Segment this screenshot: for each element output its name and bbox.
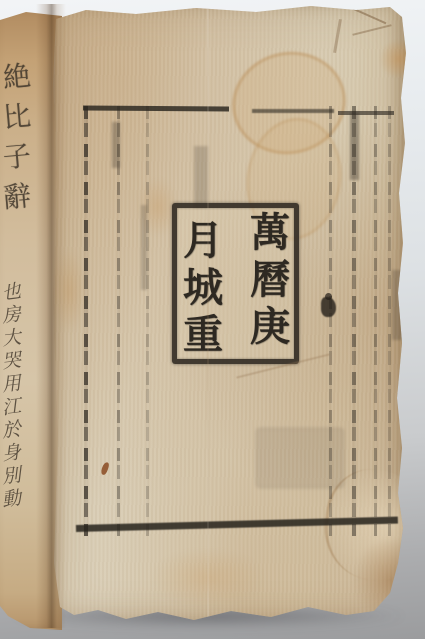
main-page: 萬 曆 庚 月 城 重: [46, 3, 408, 629]
title-column-left: 月 城 重: [183, 217, 223, 358]
frame-top-border-right-segment: [338, 111, 394, 115]
ink-blot: [321, 297, 336, 317]
title-char: 庚: [250, 303, 290, 350]
photo-background: 絶 比 子 辭 也 房 大 哭 用 江 於 身 別 動: [0, 0, 425, 639]
stain-top-right: [378, 40, 420, 78]
frame-right-border: [388, 106, 391, 536]
ink-blot-small: [325, 293, 332, 300]
title-char: 月: [183, 217, 223, 264]
handwritten-char: 辭: [1, 177, 40, 220]
column-line-left-inner-2: [146, 106, 149, 536]
handwritten-char: 子: [1, 137, 40, 180]
vertical-paper-crease: [207, 9, 209, 621]
title-char: 萬: [250, 209, 290, 256]
frame-left-border: [84, 106, 88, 536]
ink-smudge: [194, 146, 208, 208]
title-column-right: 萬 曆 庚: [250, 209, 290, 350]
ink-smudge: [112, 122, 120, 168]
column-line-right-inner-3: [374, 106, 377, 536]
column-line-left-inner-1: [117, 106, 120, 536]
title-char: 重: [183, 311, 223, 358]
handwritten-char: 比: [1, 97, 40, 140]
title-char: 曆: [250, 256, 290, 303]
spine-fold-shadow: [36, 4, 66, 628]
ink-smudge: [392, 270, 406, 340]
frame-top-border-middle-segment: [252, 109, 334, 113]
title-char: 城: [183, 264, 223, 311]
ink-smudge: [350, 112, 359, 180]
handwritten-char: 絶: [1, 57, 40, 100]
spine-handwriting-bottom: 也 房 大 哭 用 江 於 身 別 動: [2, 280, 40, 510]
printed-title-box: 萬 曆 庚 月 城 重: [172, 203, 299, 364]
spine-handwriting-top: 絶 比 子 辭: [3, 58, 39, 218]
ink-smudge: [141, 205, 147, 290]
column-line-right-inner-1: [329, 106, 332, 536]
